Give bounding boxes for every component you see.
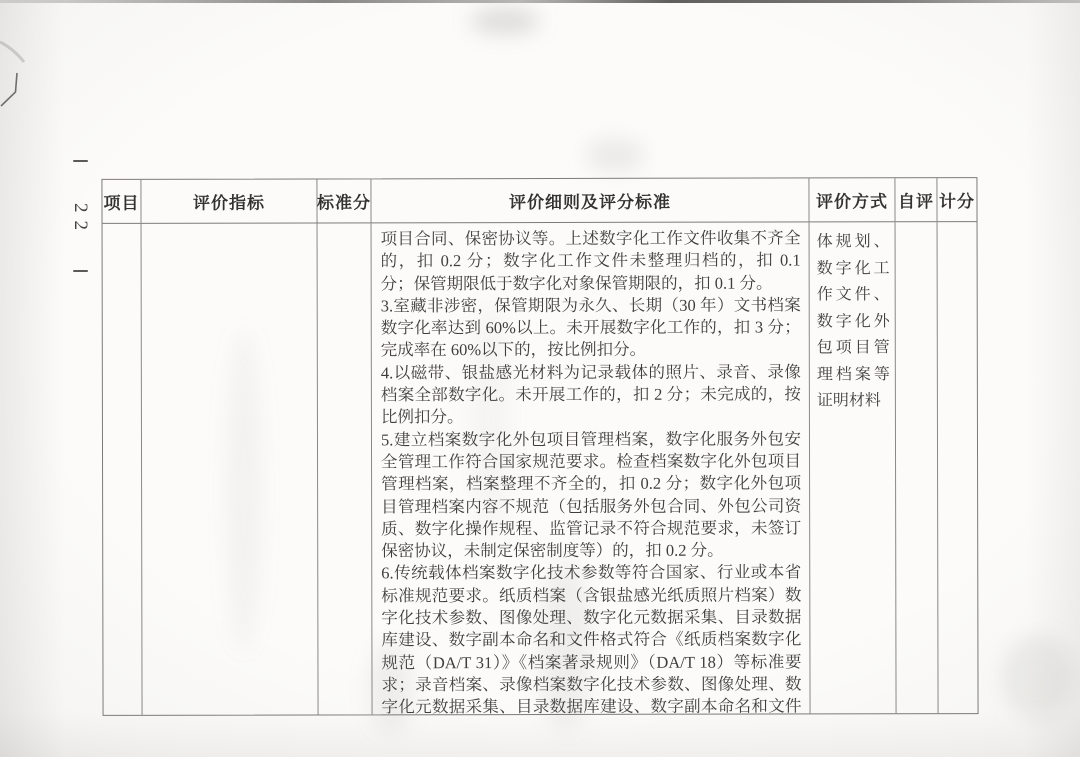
scanned-document-page: 22 项目 评价指标 标准分 评价细则及评分标准 评价方式 自评 计分 项目合同…: [0, 0, 1080, 757]
column-header-indicator: 评价指标: [141, 179, 317, 222]
page-number-dash-top: [73, 160, 88, 162]
table-header-row: 项目 评价指标 标准分 评价细则及评分标准 评价方式 自评 计分: [102, 178, 976, 224]
cell-evaluation-method: 体规划、数字化工作文件、数字化外包项目管理档案等证明材料: [810, 222, 897, 713]
detail-paragraph: 6.传统载体档案数字化技术参数等符合国家、行业或本省标准规范要求。纸质档案（含银…: [381, 562, 801, 714]
cell-indicator: [142, 223, 319, 714]
evaluation-table: 项目 评价指标 标准分 评价细则及评分标准 评价方式 自评 计分 项目合同、保密…: [101, 177, 978, 716]
page-number: 22: [64, 160, 96, 272]
scan-smudge-artifact: [585, 138, 645, 172]
cell-project: [103, 224, 143, 715]
scan-smudge-artifact: [1002, 635, 1074, 720]
column-header-project: 项目: [102, 180, 141, 223]
column-header-score: 计分: [937, 178, 976, 221]
detail-paragraph: 5.建立档案数字化外包项目管理档案，数字化服务外包安全管理工作符合国家规范要求。…: [381, 428, 801, 563]
page-number-dash-bottom: [73, 270, 88, 272]
detail-paragraph: 项目合同、保密协议等。上述数字化工作文件收集不齐全的，扣 0.2 分；数字化工作…: [381, 227, 801, 295]
detail-paragraph: 3.室藏非涉密，保管期限为永久、长期（30 年）文书档案数字化率达到 60%以上…: [381, 294, 801, 362]
table-body-row: 项目合同、保密协议等。上述数字化工作文件收集不齐全的，扣 0.2 分；数字化工作…: [103, 222, 978, 715]
cell-standard-score: [318, 223, 373, 714]
column-header-standard-score: 标准分: [317, 179, 371, 222]
page-number-value: 22: [71, 195, 90, 238]
cell-score: [938, 222, 978, 713]
scan-top-edge-artifact: [0, 0, 1080, 3]
cell-details: 项目合同、保密协议等。上述数字化工作文件收集不齐全的，扣 0.2 分；数字化工作…: [372, 222, 811, 714]
scan-smudge-artifact: [470, 8, 540, 34]
column-header-method: 评价方式: [809, 178, 895, 221]
column-header-details: 评价细则及评分标准: [371, 178, 809, 222]
scan-scratch-mark: [0, 30, 60, 150]
cell-self-eval: [896, 222, 939, 713]
column-header-self-eval: 自评: [895, 178, 937, 221]
detail-paragraph: 4.以磁带、银盐感光材料为记录载体的照片、录音、录像档案全部数字化。未开展工作的…: [381, 361, 801, 429]
